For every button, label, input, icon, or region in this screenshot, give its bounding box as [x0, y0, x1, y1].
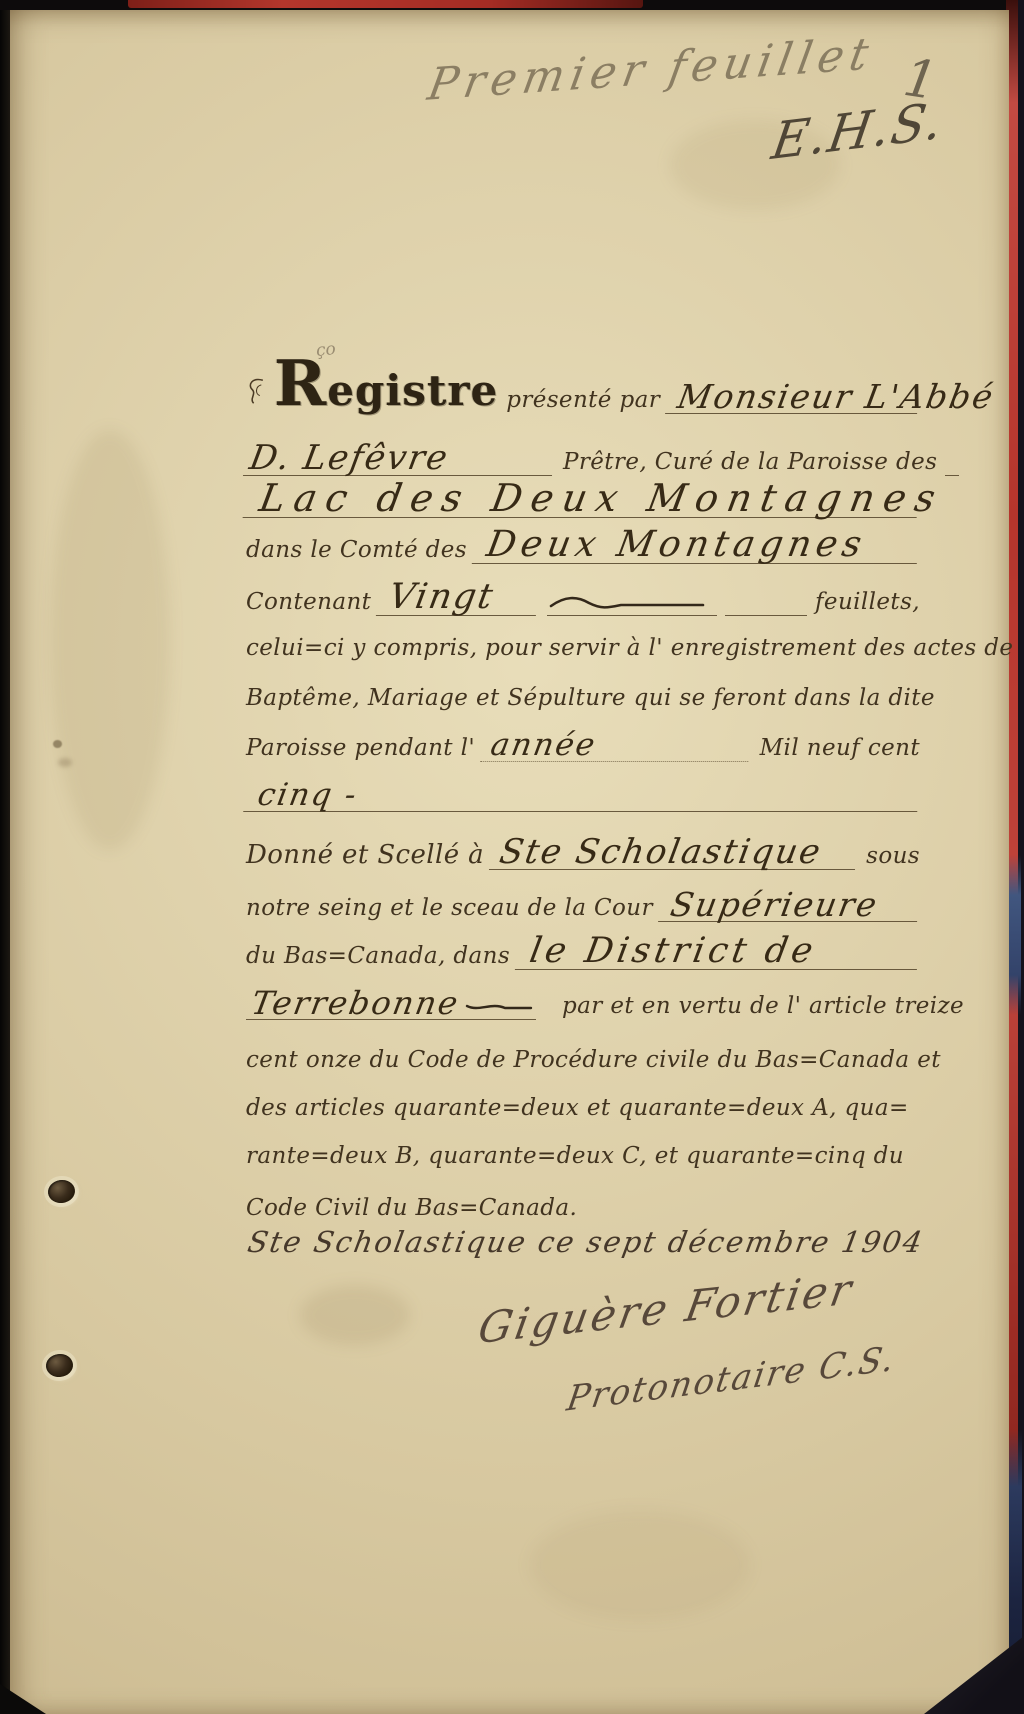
- form-line-articles-42bc: rante=deux B, quarante=deux C, et quaran…: [246, 1126, 920, 1170]
- handwritten-county: Deux Montagnes: [472, 527, 924, 564]
- paper-smudge: [58, 758, 72, 767]
- book-edge-left: [0, 0, 10, 1714]
- printed-text: Donné et Scellé à: [246, 841, 484, 870]
- printed-text: Contenant: [246, 590, 371, 616]
- punch-hole: [47, 1178, 77, 1205]
- book-edge-blue-patch: [1009, 855, 1021, 1015]
- handwritten-court: Supérieure: [658, 888, 923, 922]
- handwritten-district-name: Terrebonne: [243, 987, 462, 1019]
- printed-text: Mil neuf cent: [760, 736, 920, 762]
- printed-text: notre seing et le sceau de la Cour: [246, 896, 653, 922]
- form-line-compris: celui=ci y compris, pour servir à l' enr…: [246, 618, 920, 662]
- punch-hole: [45, 1353, 74, 1379]
- form-line-code-civil: Code Civil du Bas=Canada.: [246, 1178, 920, 1222]
- paper-stain: [300, 1285, 410, 1345]
- ruled-fill-line: [725, 615, 807, 616]
- handwritten-year-cinq: cinq -: [243, 780, 923, 812]
- form-line-parish-name: Lac des Deux Montagnes: [246, 470, 920, 518]
- register-title-page: Premier feuillet 1 E.H.S. ço Registre pr…: [10, 10, 1009, 1714]
- handwritten-presented-by: Monsieur L'Abbé: [665, 380, 923, 414]
- printed-text: Code Civil du Bas=Canada.: [246, 1196, 577, 1222]
- form-line-article-1311: cent onze du Code de Procédure civile du…: [246, 1030, 920, 1074]
- handwritten-dateline: Ste Scholastique ce sept décembre 1904: [245, 1228, 910, 1257]
- form-line-seal: notre seing et le sceau de la Cour Supér…: [246, 876, 920, 922]
- form-line-given-sealed: Donné et Scellé à Ste Scholastique sous: [246, 822, 920, 870]
- clerk-initials-paraph: E.H.S.: [768, 91, 948, 172]
- form-line-folios: Contenant Vingt feuillets,: [246, 568, 920, 616]
- form-line-district-name: Terrebonne par et en vertu de l' article…: [246, 974, 920, 1020]
- form-line-year: Paroisse pendant l' année Mil neuf cent: [246, 716, 920, 762]
- printed-text: cent onze du Code de Procédure civile du…: [246, 1048, 941, 1074]
- handwritten-parish-name: Lac des Deux Montagnes: [243, 479, 924, 518]
- form-line-district: du Bas=Canada, dans le District de: [246, 924, 920, 970]
- form-line-acts: Baptême, Mariage et Sépulture qui se fer…: [246, 668, 920, 712]
- form-line-articles-42: des articles quarante=deux et quarante=d…: [246, 1078, 920, 1122]
- protonotary-signature: Giguère Fortier: [475, 1268, 857, 1350]
- printed-text: dans le Comté des: [246, 538, 467, 564]
- pencil-note-premier-feuillet: Premier feuillet: [424, 28, 878, 111]
- printed-text: celui=ci y compris, pour servir à l' enr…: [246, 636, 1013, 662]
- handwritten-district: le District de: [515, 934, 923, 970]
- printed-text: des articles quarante=deux et quarante=d…: [246, 1096, 909, 1122]
- paper-stain: [530, 1510, 750, 1620]
- printed-text: sous: [866, 844, 920, 870]
- book-edge-top-red-band: [128, 0, 643, 8]
- register-book-scan: Premier feuillet 1 E.H.S. ço Registre pr…: [0, 0, 1024, 1714]
- printed-text: du Bas=Canada, dans: [246, 944, 510, 970]
- printed-text: Paroisse pendant l': [246, 736, 475, 762]
- printed-text: par et en vertu de l' article treize: [562, 994, 964, 1020]
- protonotary-title: Protonotaire C.S.: [564, 1341, 898, 1416]
- printed-text: rante=deux B, quarante=deux C, et quaran…: [246, 1144, 904, 1170]
- squiggle-dash-icon: [547, 594, 707, 612]
- paper-stain: [50, 430, 170, 850]
- handwritten-annee: année: [480, 730, 754, 762]
- ornament-flourish-icon: [246, 371, 266, 411]
- paper-speck: [53, 740, 62, 748]
- register-title-word: Registre: [274, 354, 498, 414]
- printed-text: Baptême, Mariage et Sépulture qui se fer…: [246, 686, 935, 712]
- pen-flourish: [547, 594, 717, 616]
- form-line-county: dans le Comté des Deux Montagnes: [246, 518, 920, 564]
- printed-text: présenté par: [506, 388, 660, 414]
- printed-text: feuillets,: [815, 590, 920, 616]
- squiggle-dash-icon: [465, 998, 535, 1016]
- handwritten-place: Ste Scholastique: [489, 835, 861, 870]
- form-line-register-title: Registre présenté par Monsieur L'Abbé: [246, 362, 920, 414]
- handwritten-folio-count: Vingt: [376, 580, 542, 616]
- handwritten-district-name-wrap: Terrebonne: [246, 987, 536, 1020]
- form-line-year-value: cinq -: [246, 766, 920, 812]
